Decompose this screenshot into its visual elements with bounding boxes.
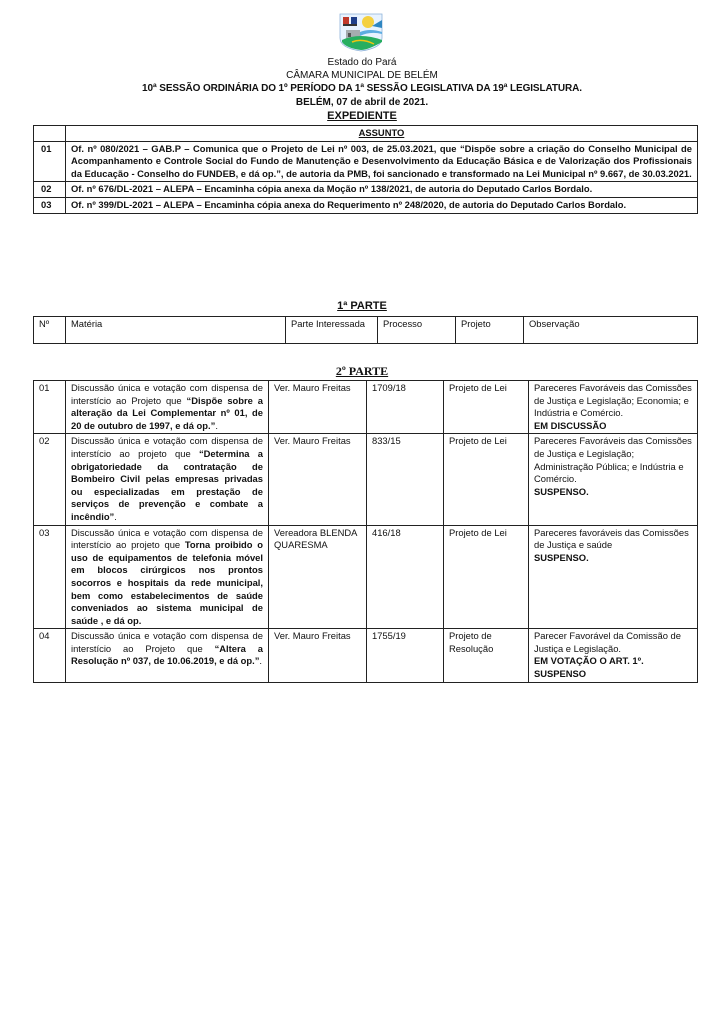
expediente-header-row: ASSUNTO	[34, 126, 698, 142]
item-processo: 1709/18	[367, 381, 444, 434]
item-observacao: Pareceres Favoráveis das Comissões de Ju…	[529, 381, 698, 434]
item-materia: Discussão única e votação com dispensa d…	[66, 525, 269, 629]
item-observacao: Pareceres favoráveis das Comissões de Ju…	[529, 525, 698, 629]
parte1-table: Nº Matéria Parte Interessada Processo Pr…	[33, 316, 698, 344]
obs-text: Pareceres Favoráveis das Comissões de Ju…	[534, 435, 692, 484]
table-row: 03 Of. nº 399/DL-2021 – ALEPA – Encaminh…	[34, 197, 698, 213]
column-header-parte: Parte Interessada	[286, 317, 378, 344]
table-row: 01 Discussão única e votação com dispens…	[34, 381, 698, 434]
table-row: 01 Of. nº 080/2021 – GAB.P – Comunica qu…	[34, 141, 698, 182]
materia-title: “Determina a obrigatoriedade da contrata…	[71, 448, 263, 522]
item-processo: 833/15	[367, 434, 444, 525]
status-text: EM DISCUSSÃO	[534, 420, 606, 431]
expediente-header-subject: ASSUNTO	[66, 126, 698, 142]
expediente-table: ASSUNTO 01 Of. nº 080/2021 – GAB.P – Com…	[33, 125, 698, 214]
status-text: SUSPENSO.	[534, 486, 589, 497]
expediente-subject: Of. nº 080/2021 – GAB.P – Comunica que o…	[66, 141, 698, 182]
expediente-heading: EXPEDIENTE	[0, 110, 724, 123]
column-header-projeto: Projeto	[456, 317, 524, 344]
item-num: 02	[34, 434, 66, 525]
materia-end: .	[114, 511, 117, 522]
item-parte: Ver. Mauro Freitas	[269, 434, 367, 525]
expediente-subject: Of. nº 676/DL-2021 – ALEPA – Encaminha c…	[66, 182, 698, 198]
table-row: 04 Discussão única e votação com dispens…	[34, 629, 698, 682]
item-materia: Discussão única e votação com dispensa d…	[66, 381, 269, 434]
column-header-observacao: Observação	[524, 317, 698, 344]
table-row: 03 Discussão única e votação com dispens…	[34, 525, 698, 629]
table-row: 02 Of. nº 676/DL-2021 – ALEPA – Encaminh…	[34, 182, 698, 198]
expediente-num: 01	[34, 141, 66, 182]
status-text: EM VOTAÇÃO O ART. 1º. SUSPENSO	[534, 655, 644, 679]
item-observacao: Pareceres Favoráveis das Comissões de Ju…	[529, 434, 698, 525]
parte2-table: 01 Discussão única e votação com dispens…	[33, 380, 698, 683]
obs-text: Pareceres Favoráveis das Comissões de Ju…	[534, 382, 692, 418]
expediente-num: 03	[34, 197, 66, 213]
column-header-num: Nº	[34, 317, 66, 344]
item-num: 04	[34, 629, 66, 682]
item-num: 01	[34, 381, 66, 434]
materia-end: .	[215, 420, 218, 431]
item-observacao: Parecer Favorável da Comissão de Justiça…	[529, 629, 698, 682]
column-header-materia: Matéria	[66, 317, 286, 344]
table-row: 02 Discussão única e votação com dispens…	[34, 434, 698, 525]
obs-text: Pareceres favoráveis das Comissões de Ju…	[534, 527, 689, 551]
item-projeto: Projeto de Lei	[444, 381, 529, 434]
obs-text: Parecer Favorável da Comissão de Justiça…	[534, 630, 681, 654]
item-num: 03	[34, 525, 66, 629]
state-name: Estado do Pará	[0, 56, 724, 69]
status-text: SUSPENSO.	[534, 552, 589, 563]
parte2-heading: 2º PARTE	[0, 364, 724, 379]
item-materia: Discussão única e votação com dispensa d…	[66, 434, 269, 525]
parte1-heading: 1ª PARTE	[0, 300, 724, 312]
materia-end: .	[259, 655, 262, 666]
expediente-num: 02	[34, 182, 66, 198]
materia-title: Torna proibido o uso de equipamentos de …	[71, 539, 263, 626]
chamber-name: CÂMARA MUNICIPAL DE BELÉM	[0, 69, 724, 82]
item-parte: Ver. Mauro Freitas	[269, 381, 367, 434]
item-projeto: Projeto de Resolução	[444, 629, 529, 682]
item-parte: Ver. Mauro Freitas	[269, 629, 367, 682]
expediente-subject: Of. nº 399/DL-2021 – ALEPA – Encaminha c…	[66, 197, 698, 213]
item-projeto: Projeto de Lei	[444, 434, 529, 525]
item-projeto: Projeto de Lei	[444, 525, 529, 629]
expediente-header-num	[34, 126, 66, 142]
city-coat-of-arms-icon	[338, 12, 384, 52]
item-materia: Discussão única e votação com dispensa d…	[66, 629, 269, 682]
column-header-processo: Processo	[378, 317, 456, 344]
item-processo: 1755/19	[367, 629, 444, 682]
parte1-header-row: Nº Matéria Parte Interessada Processo Pr…	[34, 317, 698, 344]
item-parte: Vereadora BLENDA QUARESMA	[269, 525, 367, 629]
item-processo: 416/18	[367, 525, 444, 629]
session-title: 10ª SESSÃO ORDINÁRIA DO 1º PERÍODO DA 1ª…	[0, 82, 724, 95]
session-date: BELÉM, 07 de abril de 2021.	[0, 96, 724, 109]
